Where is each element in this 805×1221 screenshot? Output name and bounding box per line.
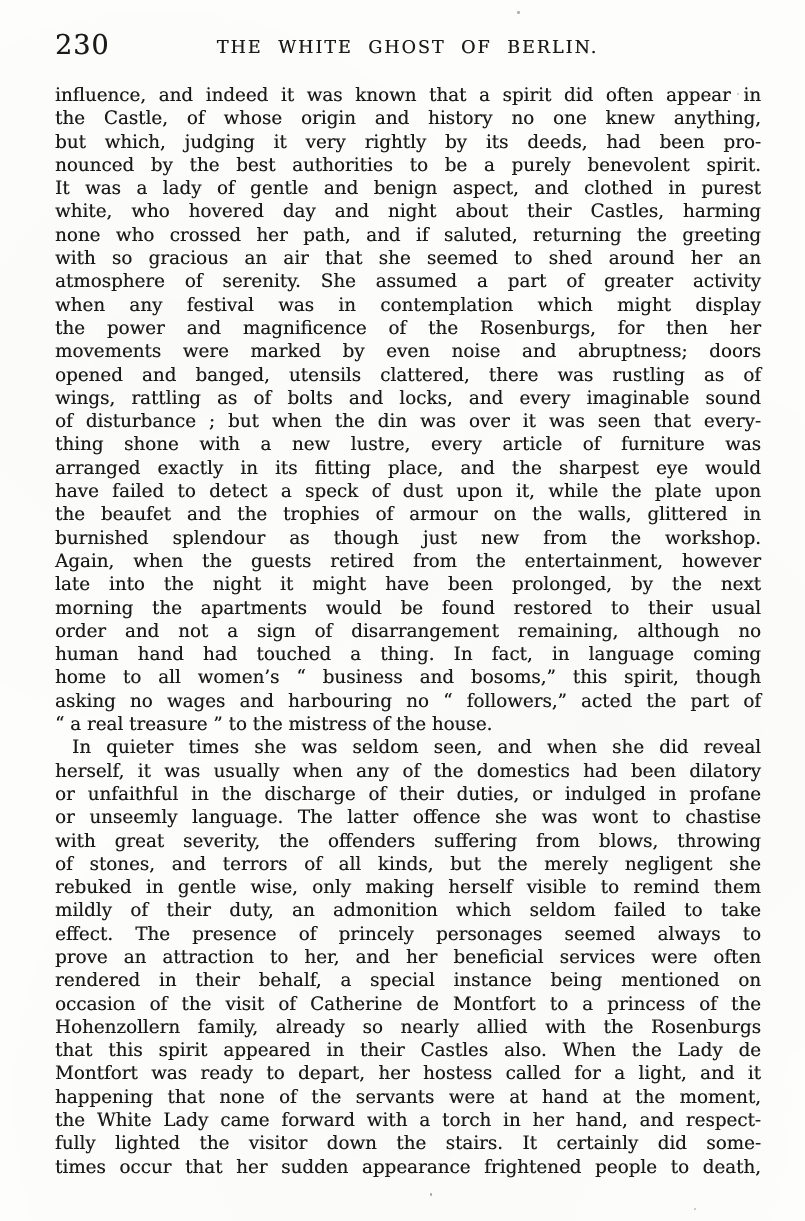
- text-line: happening that none of the servants were…: [55, 1086, 761, 1109]
- page-header: 230 THE WHITE GHOST OF BERLIN.: [55, 30, 760, 66]
- text-line: of stones, and terrors of all kinds, but…: [55, 853, 761, 876]
- text-line: with great severity, the offenders suffe…: [55, 830, 761, 853]
- text-line: morning the apartments would be found re…: [55, 597, 761, 620]
- text-block: influence, and indeed it was known that …: [55, 84, 761, 1179]
- text-line: the Castle, of whose origin and history …: [55, 107, 761, 130]
- text-line: nounced by the best authorities to be a …: [55, 154, 761, 177]
- text-line: Montfort was ready to depart, her hostes…: [55, 1062, 761, 1085]
- text-line: effect. The presence of princely persona…: [55, 923, 761, 946]
- text-line: atmosphere of serenity. She assumed a pa…: [55, 270, 761, 293]
- text-line: home to all women’s “ business and bosom…: [55, 666, 761, 689]
- text-line: have failed to detect a speck of dust up…: [55, 480, 761, 503]
- text-line: influence, and indeed it was known that …: [55, 84, 761, 107]
- text-line: human hand had touched a thing. In fact,…: [55, 643, 761, 666]
- text-line: In quieter times she was seldom seen, an…: [55, 736, 761, 759]
- text-line: asking no wages and harbouring no “ foll…: [55, 690, 761, 713]
- text-line: thing shone with a new lustre, every art…: [55, 433, 761, 456]
- text-line: “ a real treasure ” to the mistress of t…: [55, 713, 761, 736]
- text-line: Again, when the guests retired from the …: [55, 550, 761, 573]
- text-line: Hohenzollern family, already so nearly a…: [55, 1016, 761, 1039]
- scan-speck: [694, 1208, 696, 1210]
- text-line: occasion of the visit of Catherine de Mo…: [55, 993, 761, 1016]
- text-line: of disturbance ; but when the din was ov…: [55, 410, 761, 433]
- text-line: rebuked in gentle wise, only making hers…: [55, 876, 761, 899]
- text-line: but which, judging it very rightly by it…: [55, 131, 761, 154]
- text-line: white, who hovered day and night about t…: [55, 200, 761, 223]
- text-line: movements were marked by even noise and …: [55, 340, 761, 363]
- scan-speck: [430, 1193, 432, 1196]
- book-page: 230 THE WHITE GHOST OF BERLIN. influence…: [0, 0, 805, 1221]
- text-line: the power and magnificence of the Rosenb…: [55, 317, 761, 340]
- text-line: when any festival was in contemplation w…: [55, 294, 761, 317]
- text-line: mildly of their duty, an admonition whic…: [55, 899, 761, 922]
- text-line: herself, it was usually when any of the …: [55, 760, 761, 783]
- text-line: the beaufet and the trophies of armour o…: [55, 503, 761, 526]
- text-line: or unseemly language. The latter offence…: [55, 806, 761, 829]
- text-line: rendered in their behalf, a special inst…: [55, 969, 761, 992]
- text-line: opened and banged, utensils clattered, t…: [55, 364, 761, 387]
- text-line: with so gracious an air that she seemed …: [55, 247, 761, 270]
- page-number: 230: [55, 30, 110, 62]
- text-line: times occur that her sudden appearance f…: [55, 1156, 761, 1179]
- text-line: arranged exactly in its fitting place, a…: [55, 457, 761, 480]
- text-line: the White Lady came forward with a torch…: [55, 1109, 761, 1132]
- paragraph: influence, and indeed it was known that …: [55, 84, 761, 736]
- text-line: wings, rattling as of bolts and locks, a…: [55, 387, 761, 410]
- text-line: order and not a sign of disarrangement r…: [55, 620, 761, 643]
- text-line: prove an attraction to her, and her bene…: [55, 946, 761, 969]
- text-line: none who crossed her path, and if salute…: [55, 224, 761, 247]
- text-line: It was a lady of gentle and benign aspec…: [55, 177, 761, 200]
- scan-speck: [517, 11, 520, 14]
- text-line: burnished splendour as though just new f…: [55, 527, 761, 550]
- text-line: that this spirit appeared in their Castl…: [55, 1039, 761, 1062]
- text-line: or unfaithful in the discharge of their …: [55, 783, 761, 806]
- text-line: late into the night it might have been p…: [55, 573, 761, 596]
- paragraph: In quieter times she was seldom seen, an…: [55, 736, 761, 1179]
- running-title: THE WHITE GHOST OF BERLIN.: [55, 30, 760, 64]
- text-line: fully lighted the visitor down the stair…: [55, 1132, 761, 1155]
